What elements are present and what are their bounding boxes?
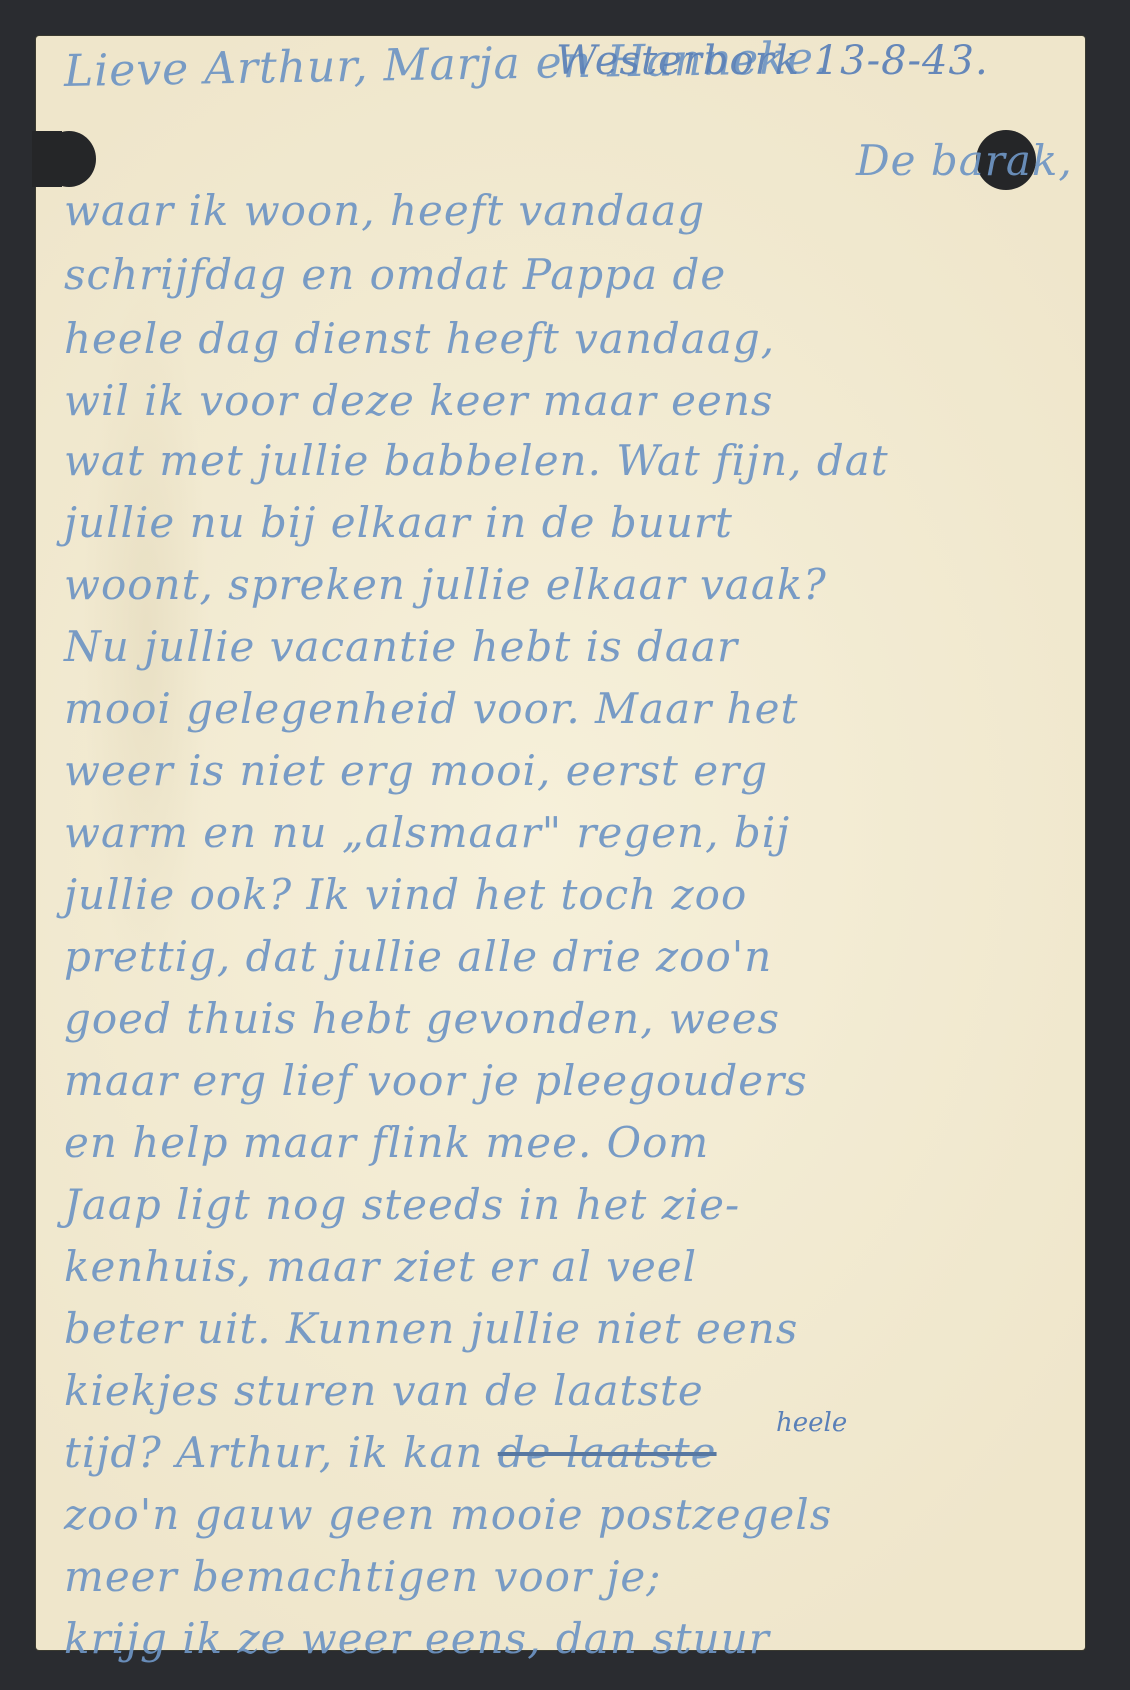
body-line: en help maar flink mee. Oom xyxy=(64,1118,709,1167)
body-line: jullie ook? Ik vind het toch zoo xyxy=(64,870,747,919)
body-line: prettig, dat jullie alle drie zoo'n xyxy=(64,932,772,981)
insertion-above: heele xyxy=(776,1408,847,1438)
body-line: beter uit. Kunnen jullie niet eens xyxy=(64,1304,798,1353)
body-line: krijg ik ze weer eens, dan stuur xyxy=(64,1614,770,1663)
body-line: weer is niet erg mooi, eerst erg xyxy=(64,746,768,795)
body-line: heele dag dienst heeft vandaag, xyxy=(64,314,775,363)
body-line: wil ik voor deze keer maar eens xyxy=(64,376,773,425)
body-line: meer bemachtigen voor je; xyxy=(64,1552,661,1601)
body-line: wat met jullie babbelen. Wat fijn, dat xyxy=(64,436,889,485)
body-line: kiekjes sturen van de laatste xyxy=(64,1366,704,1415)
body-line: mooi gelegenheid voor. Maar het xyxy=(64,684,798,733)
body-line: jullie nu bij elkaar in de buurt xyxy=(64,498,733,547)
body-line: maar erg lief voor je pleegouders xyxy=(64,1056,808,1105)
body-line: schrijfdag en omdat Pappa de xyxy=(64,250,726,299)
body-line: waar ik woon, heeft vandaag xyxy=(64,186,705,235)
body-line: Jaap ligt nog steeds in het zie- xyxy=(64,1180,740,1229)
punch-hole-left xyxy=(42,131,96,187)
body-line: goed thuis hebt gevonden, wees xyxy=(64,994,780,1043)
body-line-text: tijd? Arthur, ik kan xyxy=(64,1428,498,1477)
struck-text: de laatste xyxy=(498,1428,717,1477)
body-line: Nu jullie vacantie hebt is daar xyxy=(64,622,738,671)
body-line: zoo'n gauw geen mooie postzegels xyxy=(64,1490,832,1539)
opening-line: De barak, xyxy=(856,136,1073,185)
body-line: warm en nu „alsmaar" regen, bij xyxy=(64,808,790,857)
body-line: woont, spreken jullie elkaar vaak? xyxy=(64,560,827,609)
body-line: kenhuis, maar ziet er al veel xyxy=(64,1242,697,1291)
body-line: tijd? Arthur, ik kan de laatste xyxy=(64,1428,717,1477)
place-date: Westerbork 13-8-43. xyxy=(556,38,989,84)
postcard: Lieve Arthur, Marja en Hanneke. Westerbo… xyxy=(36,36,1085,1650)
